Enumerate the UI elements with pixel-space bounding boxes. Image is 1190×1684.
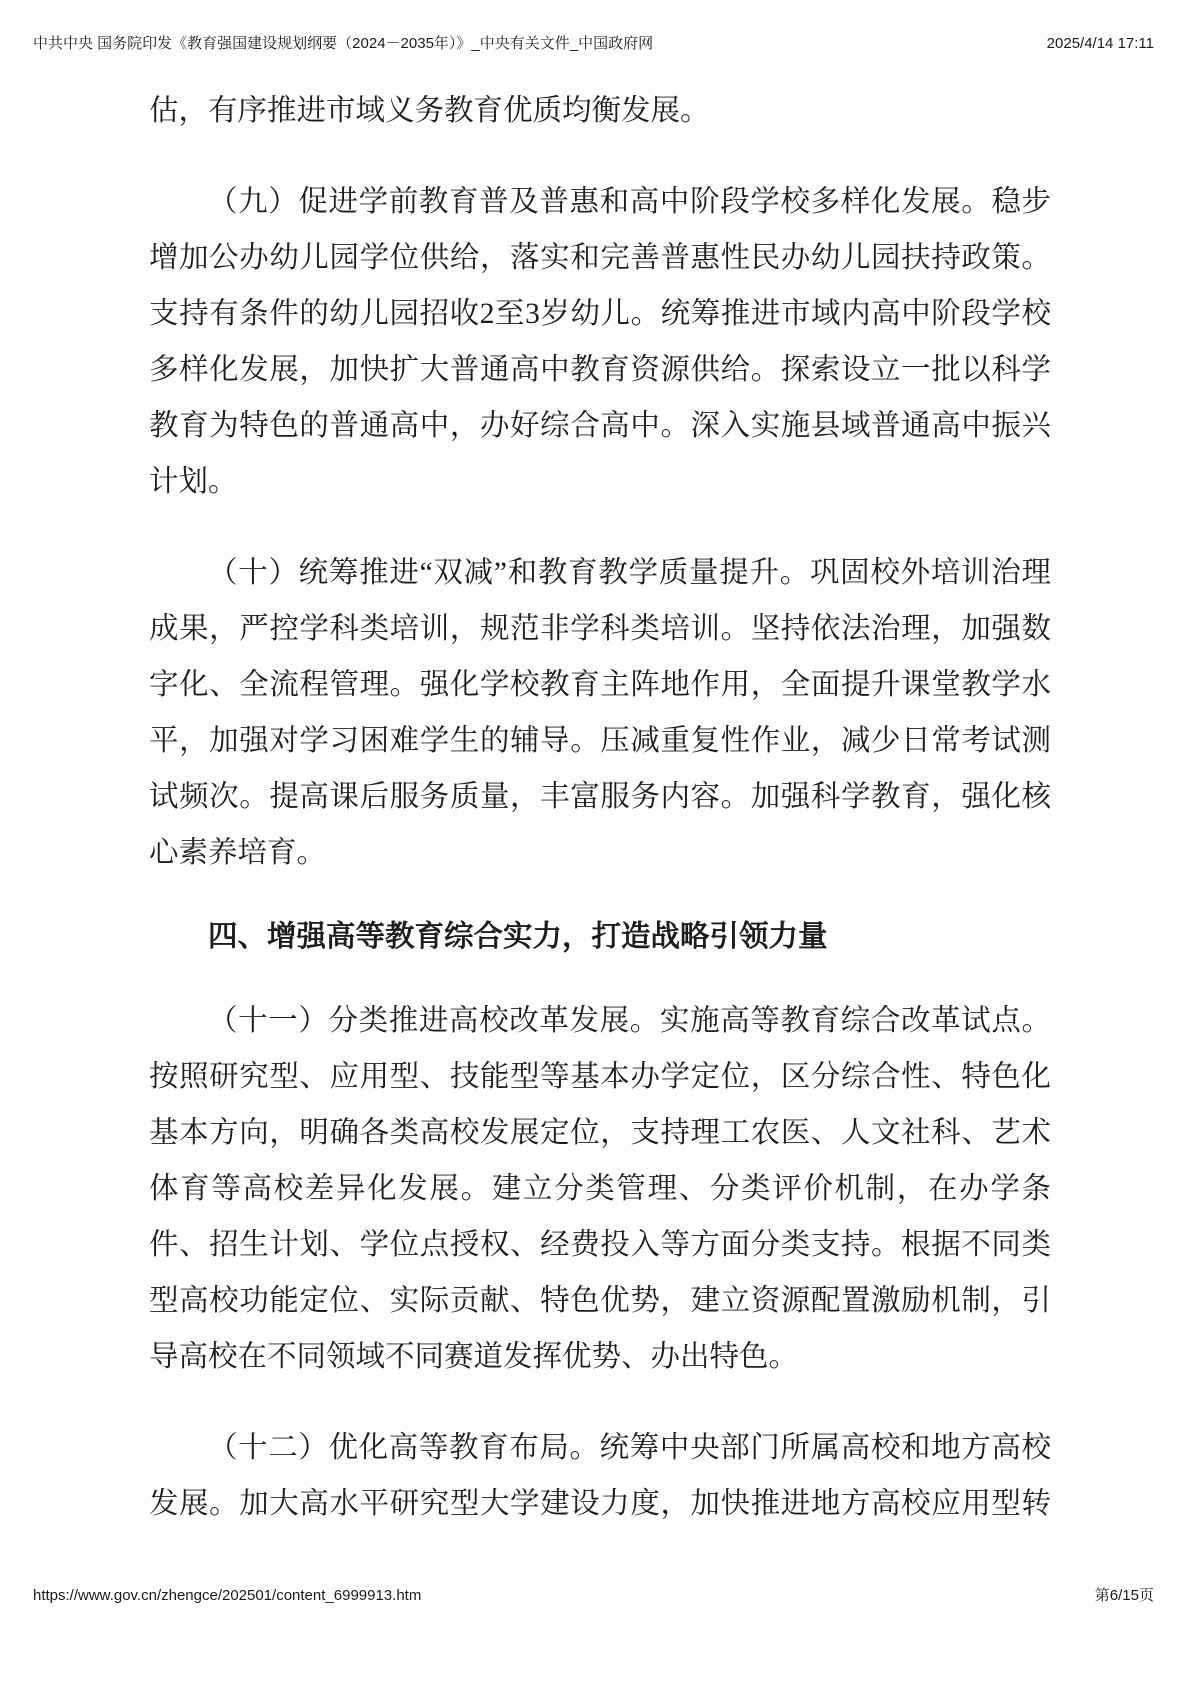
text-line: 体育等高校差异化发展。建立分类管理、分类评价机制，在办学条: [149, 1161, 1051, 1217]
text-line: 平，加强对学习困难学生的辅导。压减重复性作业，减少日常考试测: [149, 713, 1051, 769]
text-line: 多样化发展，加快扩大普通高中教育资源供给。探索设立一批以科学: [149, 342, 1051, 398]
text-line: （十一）分类推进高校改革发展。实施高等教育综合改革试点。: [149, 993, 1051, 1049]
print-header: 中共中央 国务院印发《教育强国建设规划纲要（2024－2035年）》_中央有关文…: [33, 32, 1154, 53]
text-line: 型高校功能定位、实际贡献、特色优势，建立资源配置激励机制，引: [149, 1273, 1051, 1329]
section-heading: 四、增强高等教育综合实力，打造战略引领力量: [149, 909, 1051, 965]
text-line: 字化、全流程管理。强化学校教育主阵地作用，全面提升课堂教学水: [149, 657, 1051, 713]
page-number: 第6/15页: [1095, 1584, 1154, 1605]
text-line: 四、增强高等教育综合实力，打造战略引领力量: [149, 909, 1051, 965]
text-line: 成果，严控学科类培训，规范非学科类培训。坚持依法治理，加强数: [149, 601, 1051, 657]
text-line: （十二）优化高等教育布局。统筹中央部门所属高校和地方高校: [149, 1420, 1051, 1476]
text-line: 心素养培育。: [149, 825, 1051, 881]
paragraph: （十一）分类推进高校改革发展。实施高等教育综合改革试点。按照研究型、应用型、技能…: [149, 993, 1051, 1385]
text-line: 件、招生计划、学位点授权、经费投入等方面分类支持。根据不同类: [149, 1217, 1051, 1273]
text-line: 增加公办幼儿园学位供给，落实和完善普惠性民办幼儿园扶持政策。: [149, 230, 1051, 286]
text-line: （十）统筹推进“双减”和教育教学质量提升。巩固校外培训治理: [149, 545, 1051, 601]
paragraph: （九）促进学前教育普及普惠和高中阶段学校多样化发展。稳步增加公办幼儿园学位供给，…: [149, 174, 1051, 510]
text-line: 导高校在不同领域不同赛道发挥优势、办出特色。: [149, 1329, 1051, 1385]
paragraph: （十）统筹推进“双减”和教育教学质量提升。巩固校外培训治理成果，严控学科类培训，…: [149, 545, 1051, 881]
paragraph: （十二）优化高等教育布局。统筹中央部门所属高校和地方高校发展。加大高水平研究型大…: [149, 1420, 1051, 1532]
text-line: 支持有条件的幼儿园招收2至3岁幼儿。统筹推进市域内高中阶段学校: [149, 286, 1051, 342]
paragraph: 估，有序推进市域义务教育优质均衡发展。: [149, 83, 1051, 139]
page-title: 中共中央 国务院印发《教育强国建设规划纲要（2024－2035年）》_中央有关文…: [33, 32, 653, 53]
text-line: 估，有序推进市域义务教育优质均衡发展。: [149, 83, 1051, 139]
document-body: 估，有序推进市域义务教育优质均衡发展。（九）促进学前教育普及普惠和高中阶段学校多…: [149, 83, 1051, 1532]
print-timestamp: 2025/4/14 17:11: [1047, 35, 1154, 52]
source-url: https://www.gov.cn/zhengce/202501/conten…: [33, 1587, 421, 1604]
text-line: 按照研究型、应用型、技能型等基本办学定位，区分综合性、特色化: [149, 1049, 1051, 1105]
text-line: 计划。: [149, 454, 1051, 510]
text-line: 基本方向，明确各类高校发展定位，支持理工农医、人文社科、艺术: [149, 1105, 1051, 1161]
text-line: 教育为特色的普通高中，办好综合高中。深入实施县域普通高中振兴: [149, 398, 1051, 454]
text-line: 发展。加大高水平研究型大学建设力度，加快推进地方高校应用型转: [149, 1476, 1051, 1532]
print-footer: https://www.gov.cn/zhengce/202501/conten…: [33, 1584, 1154, 1605]
text-line: 试频次。提高课后服务质量，丰富服务内容。加强科学教育，强化核: [149, 769, 1051, 825]
text-line: （九）促进学前教育普及普惠和高中阶段学校多样化发展。稳步: [149, 174, 1051, 230]
